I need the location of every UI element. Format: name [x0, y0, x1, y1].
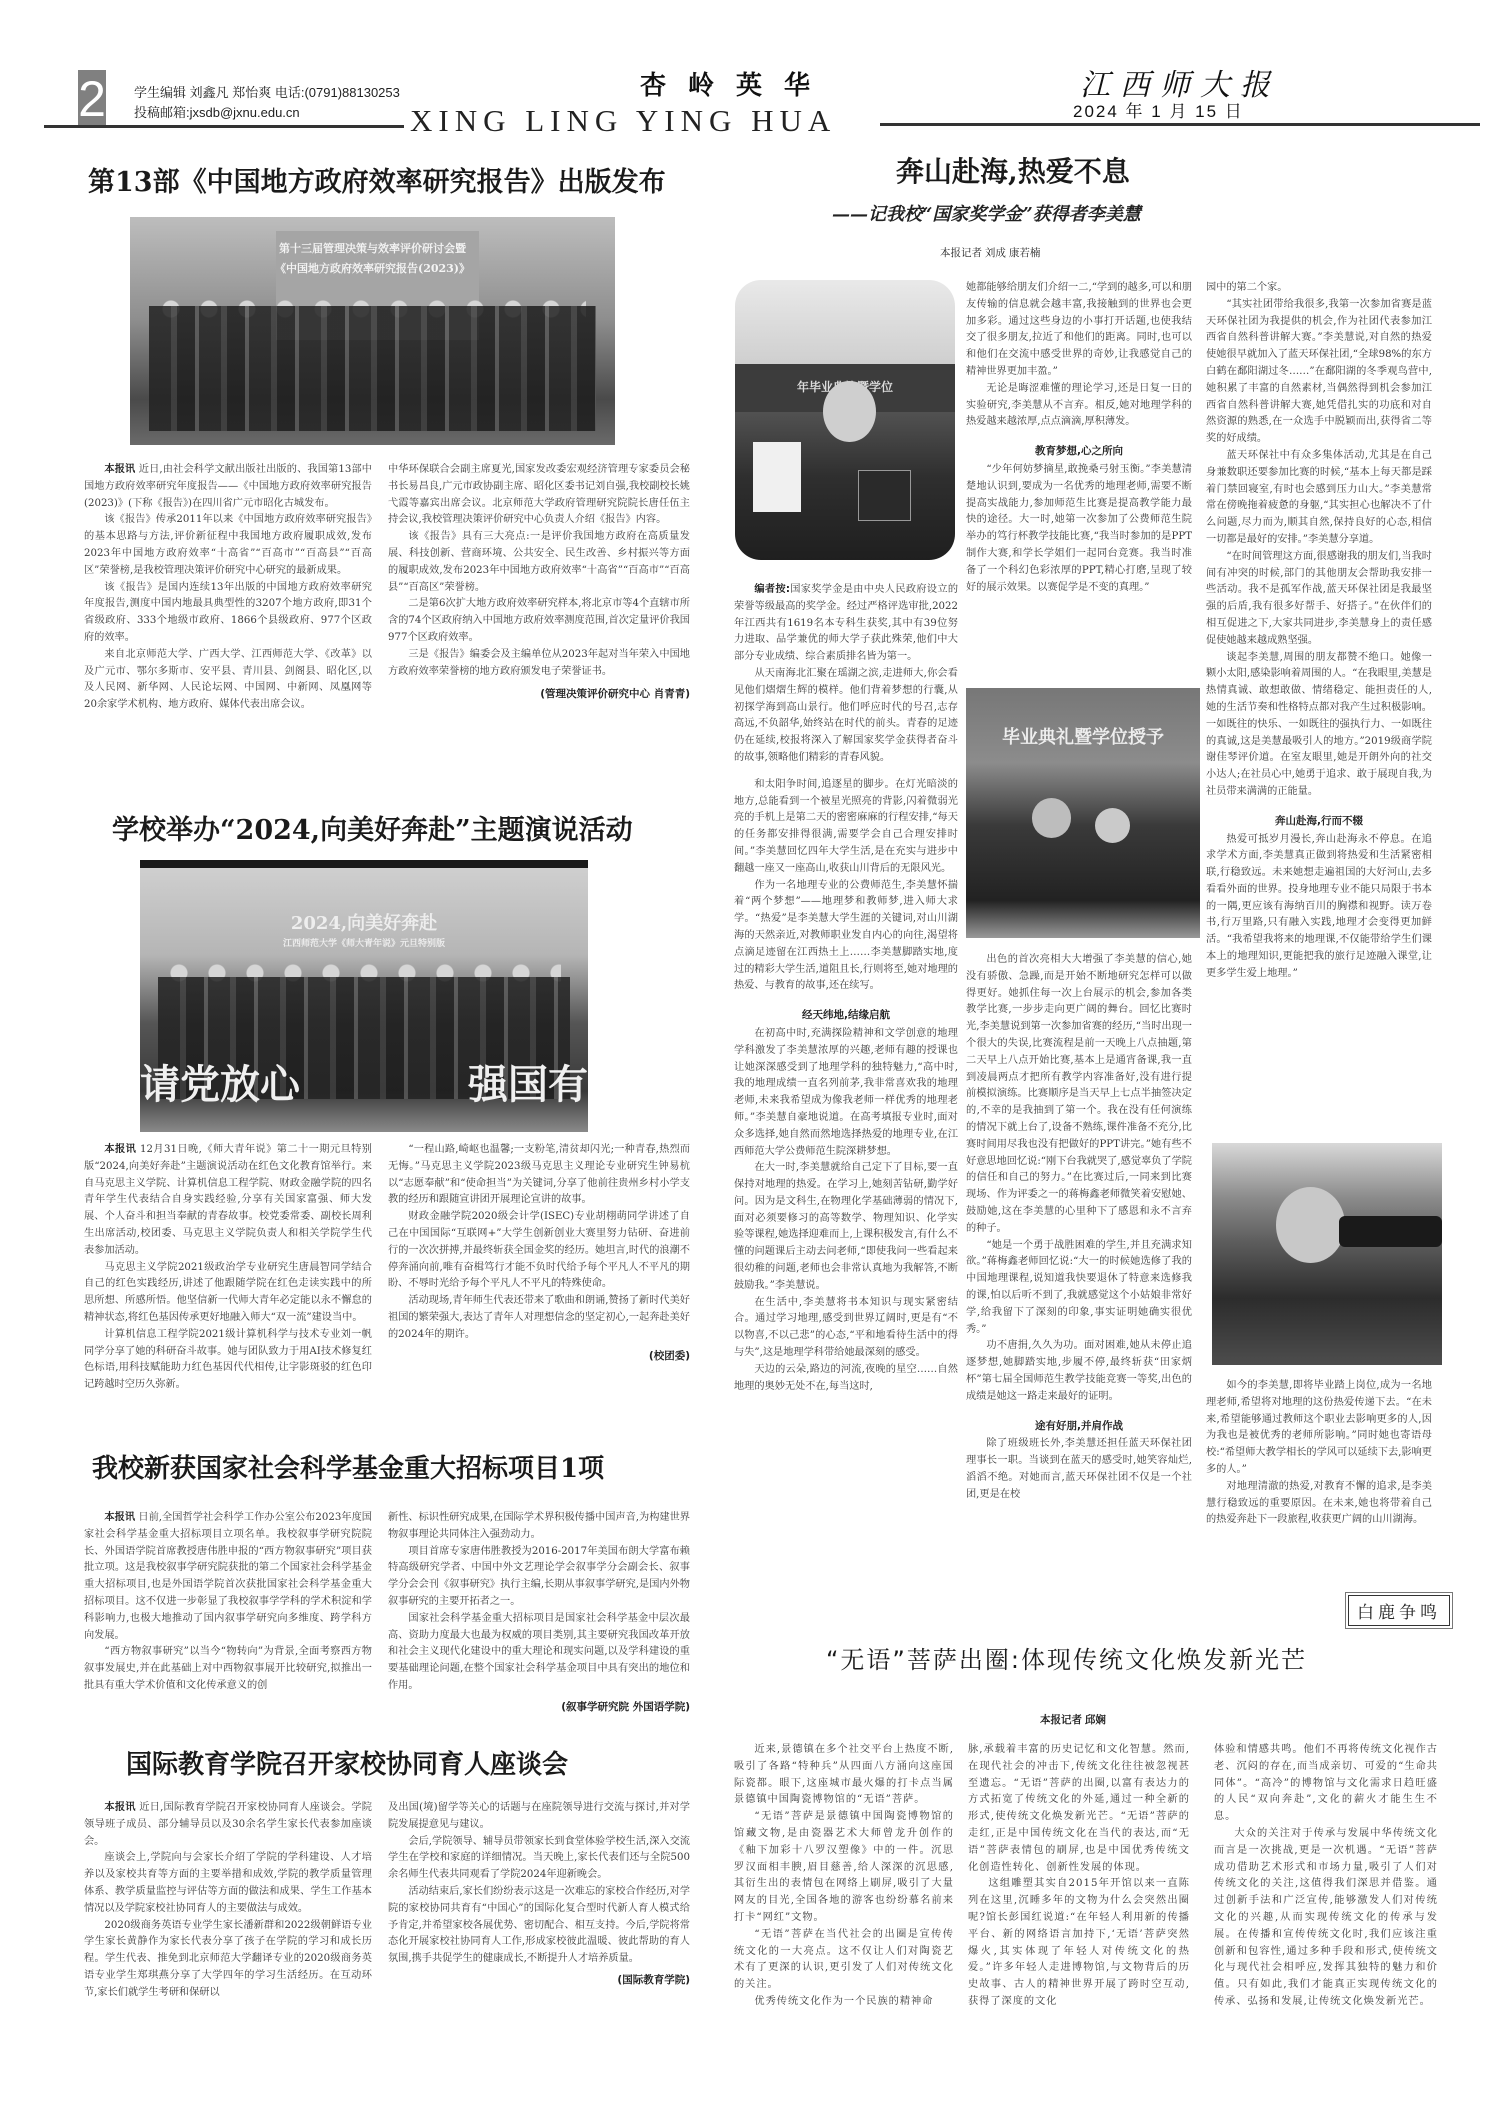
- article2-title: 学校举办“2024,向美好奔赴”主题演说活动: [112, 808, 633, 847]
- article3-title: 我校新获国家社会科学基金重大招标项目1项: [92, 1448, 604, 1485]
- photo-caption: 江西师范大学《师大青年说》元旦特别版: [140, 936, 588, 949]
- column-tag: 白鹿争鸣: [1348, 1595, 1450, 1626]
- photo-caption: 《中国地方政府效率研究报告(2023)》: [130, 260, 615, 276]
- subhead: 奔山赴海,行而不辍: [1206, 813, 1432, 830]
- article3-col2: 新性、标识性研究成果,在国际学术界积极传播中国声音,为构建世界物叙事理论共同体注…: [388, 1510, 690, 1716]
- masthead-rule-left: [44, 125, 404, 128]
- feature-photo-graduation: 年毕业典礼暨学位: [735, 280, 955, 560]
- stage-sign-left: 请党放心: [140, 1053, 300, 1110]
- feature-photo-family: 毕业典礼暨学位授予: [966, 688, 1200, 938]
- article4-title: 国际教育学院召开家校协同育人座谈会: [126, 1744, 568, 1781]
- opinion-title: “无语”菩萨出圈:体现传统文化焕发新光芒: [826, 1640, 1307, 1675]
- article3-col1: 本报讯 日前,全国哲学社会科学工作办公室公布2023年度国家社会科学基金重大招标…: [84, 1510, 372, 1695]
- photo-caption: 第十三届管理决策与效率评价研讨会暨: [130, 240, 615, 256]
- editors-line: 学生编辑 刘鑫凡 郑怡爽 电话:(0791)88130253: [134, 83, 400, 103]
- subhead: 途有好朋,并肩作战: [966, 1418, 1192, 1435]
- article1-col1: 本报讯 近日,由社会科学文献出版社出版的、我国第13部中国地方政府效率研究年度报…: [84, 462, 372, 714]
- section-title-en: XING LING YING HUA: [410, 103, 836, 139]
- feature-title: 奔山赴海,热爱不息: [896, 150, 1130, 190]
- feature-col3-end: 如今的李美慧,即将毕业踏上岗位,成为一名地理老师,希望将对地理的这份热爱传递下去…: [1206, 1378, 1432, 1529]
- article1-title: 第13部《中国地方政府效率研究报告》出版发布: [88, 160, 666, 199]
- section-title: 杏岭英华: [640, 65, 832, 102]
- group-people: [149, 306, 595, 431]
- editor-note: 编者按:国家奖学金是由中央人民政府设立的荣誉等级最高的奖学金。经过严格评选审批,…: [734, 582, 958, 1395]
- page-number: 2: [78, 70, 106, 128]
- article2-col1: 本报讯 12月31日晚,《师大青年说》第二十一期元旦特别版“2024,向美好奔赴…: [84, 1142, 372, 1394]
- article4-col2: 及出国(境)留学等关心的话题与在座院领导进行交流与探讨,并对学院发展提意见与建议…: [388, 1800, 690, 1989]
- feature-col2: 她都能够给朋友们介绍一二,“学到的越多,可以和朋友传输的信息就会越丰富,我接触到…: [966, 280, 1192, 596]
- issue-date: 2024 年 1 月 15 日: [1073, 97, 1244, 122]
- opinion-col1: 近来,景德镇在多个社交平台上热度不断,吸引了各路“特种兵”从四面八方涌向这座国际…: [734, 1742, 954, 2011]
- feature-col3: 园中的第二个家。 “其实社团带给我很多,我第一次参加省赛是蓝天环保社团为我提供的…: [1206, 280, 1432, 983]
- article2-photo: 2024,向美好奔赴 江西师范大学《师大青年说》元旦特别版 请党放心 强国有: [140, 860, 588, 1132]
- subhead: 教育梦想,心之所向: [966, 443, 1192, 460]
- feature-col2-cont: 出色的首次亮相大大增强了李美慧的信心,她没有骄傲、急躁,而是开始不断地研究怎样可…: [966, 952, 1192, 1504]
- article2-col2: “一程山路,崎岖也温馨;一支粉笔,清贫却闪光;一种青春,热烈而无悔。”马克思主义…: [388, 1142, 690, 1364]
- feature-photo-camera: [1212, 1143, 1442, 1365]
- photo-caption: 毕业典礼暨学位授予: [966, 723, 1200, 749]
- feature-subtitle: ——记我校“国家奖学金”获得者李美慧: [832, 200, 1141, 226]
- article1-source: (管理决策评价研究中心 肖青青): [388, 686, 690, 703]
- stage-sign-right: 强国有: [468, 1053, 588, 1110]
- email-line: 投稿邮箱:jxsdb@jxnu.edu.cn: [134, 103, 400, 123]
- masthead-rule-right: [880, 123, 1480, 126]
- opinion-col3: 体验和情感共鸣。他们不再将传统文化视作古老、沉闷的存在,而当成亲切、可爱的“生命…: [1214, 1742, 1438, 2011]
- article2-source: (校团委): [388, 1348, 690, 1365]
- article1-photo: 第十三届管理决策与效率评价研讨会暨 《中国地方政府效率研究报告(2023)》: [130, 217, 615, 445]
- photo-caption: 2024,向美好奔赴: [140, 909, 588, 935]
- article4-source: (国际教育学院): [388, 1972, 690, 1989]
- article1-col2: 中华环保联合会副主席夏光,国家发改委宏观经济管理专家委员会秘书长易昌良,广元市政…: [388, 462, 690, 703]
- feature-byline: 本报记者 刘成 康若楠: [940, 245, 1040, 260]
- opinion-byline: 本报记者 邱娴: [1040, 1712, 1106, 1727]
- opinion-col2: 脉,承载着丰富的历史记忆和文化智慧。然而,在现代社会的冲击下,传统文化往往被忽视…: [968, 1742, 1190, 2011]
- article4-col1: 本报讯 近日,国际教育学院召开家校协同育人座谈会。学院领导班子成员、部分辅导员以…: [84, 1800, 372, 2002]
- article3-source: (叙事学研究院 外国语学院): [388, 1699, 690, 1716]
- subhead: 经天纬地,结缘启航: [734, 1007, 958, 1024]
- editor-info: 学生编辑 刘鑫凡 郑怡爽 电话:(0791)88130253 投稿邮箱:jxsd…: [134, 83, 400, 123]
